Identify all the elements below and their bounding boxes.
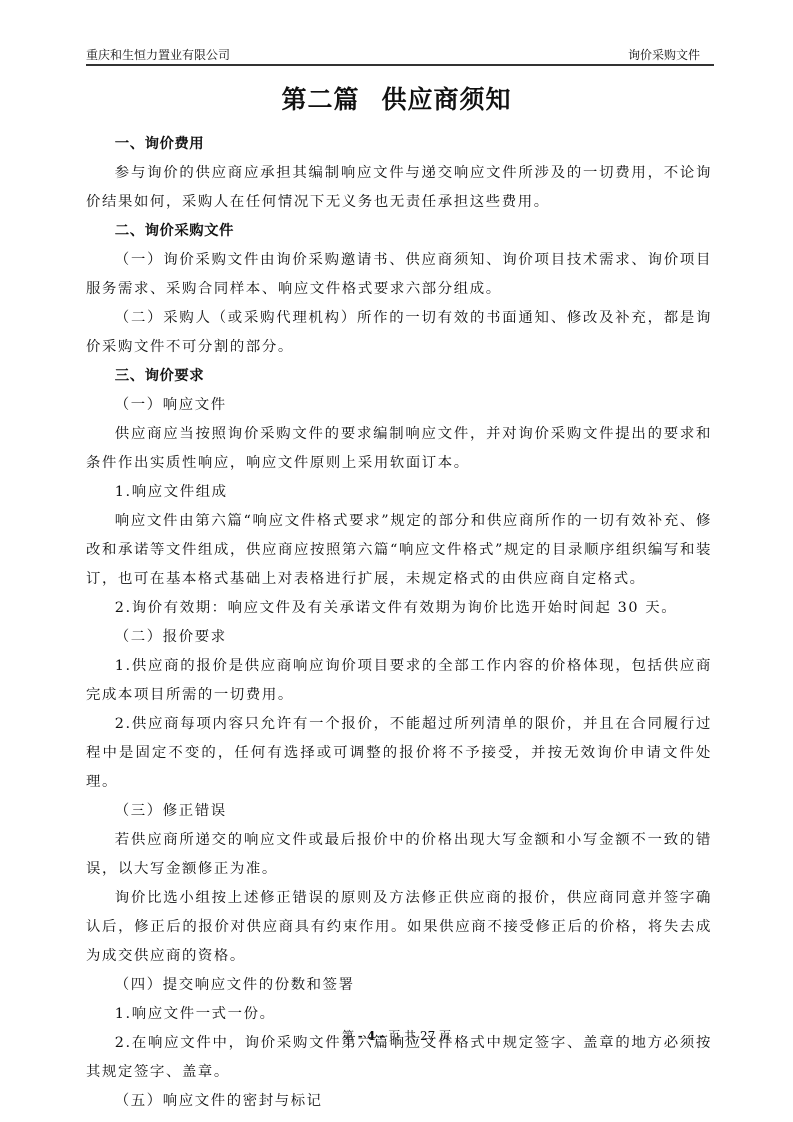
paragraph: 2.供应商每项内容只允许有一个报价，不能超过所列清单的限价，并且在合同履行过程中… — [86, 710, 712, 797]
subsection-heading: （二）报价要求 — [86, 623, 712, 652]
section-heading: 二、询价采购文件 — [86, 217, 712, 246]
paragraph: 2.询价有效期：响应文件及有关承诺文件有效期为询价比选开始时间起 30 天。 — [86, 594, 712, 623]
subsection-heading: 1.响应文件组成 — [86, 478, 712, 507]
paragraph: 1.响应文件一式一份。 — [86, 1000, 712, 1029]
paragraph: 若供应商所递交的响应文件或最后报价中的价格出现大写金额和小写金额不一致的错误，以… — [86, 826, 712, 884]
page-footer: 第 - 4 - 页 共 27 页 — [0, 1027, 793, 1044]
current-page-number: - 4 - — [358, 1029, 385, 1043]
paragraph: 响应文件由第六篇“响应文件格式要求”规定的部分和供应商所作的一切有效补充、修改和… — [86, 507, 712, 594]
section-heading: 一、询价费用 — [86, 130, 712, 159]
page-header: 重庆和生恒力置业有限公司 询价采购文件 — [86, 44, 714, 66]
paragraph: （一）询价采购文件由询价采购邀请书、供应商须知、询价项目技术需求、询价项目服务需… — [86, 246, 712, 304]
title-name: 供应商须知 — [382, 85, 512, 114]
footer-suffix: 页 — [439, 1029, 451, 1043]
document-body: 一、询价费用 参与询价的供应商应承担其编制响应文件与递交响应文件所涉及的一切费用… — [86, 130, 712, 1116]
paragraph: 供应商应当按照询价采购文件的要求编制响应文件，并对询价采购文件提出的要求和条件作… — [86, 420, 712, 478]
document-type: 询价采购文件 — [628, 46, 700, 63]
subsection-heading: （五）响应文件的密封与标记 — [86, 1087, 712, 1116]
subsection-heading: （一）响应文件 — [86, 391, 712, 420]
footer-prefix: 第 — [342, 1029, 354, 1043]
section-heading: 三、询价要求 — [86, 362, 712, 391]
paragraph: 1.供应商的报价是供应商响应询价项目要求的全部工作内容的价格体现，包括供应商完成… — [86, 652, 712, 710]
page-title: 第二篇供应商须知 — [0, 80, 793, 116]
subsection-heading: （四）提交响应文件的份数和签署 — [86, 971, 712, 1000]
subsection-heading: （三）修正错误 — [86, 797, 712, 826]
title-part: 第二篇 — [281, 85, 359, 114]
paragraph: 参与询价的供应商应承担其编制响应文件与递交响应文件所涉及的一切费用，不论询价结果… — [86, 159, 712, 217]
paragraph: 询价比选小组按上述修正错误的原则及方法修正供应商的报价，供应商同意并签字确认后，… — [86, 884, 712, 971]
total-pages: 27 — [420, 1029, 435, 1043]
footer-middle: 页 共 — [388, 1029, 416, 1043]
paragraph: （二）采购人（或采购代理机构）所作的一切有效的书面通知、修改及补充，都是询价采购… — [86, 304, 712, 362]
company-name: 重庆和生恒力置业有限公司 — [86, 46, 230, 63]
